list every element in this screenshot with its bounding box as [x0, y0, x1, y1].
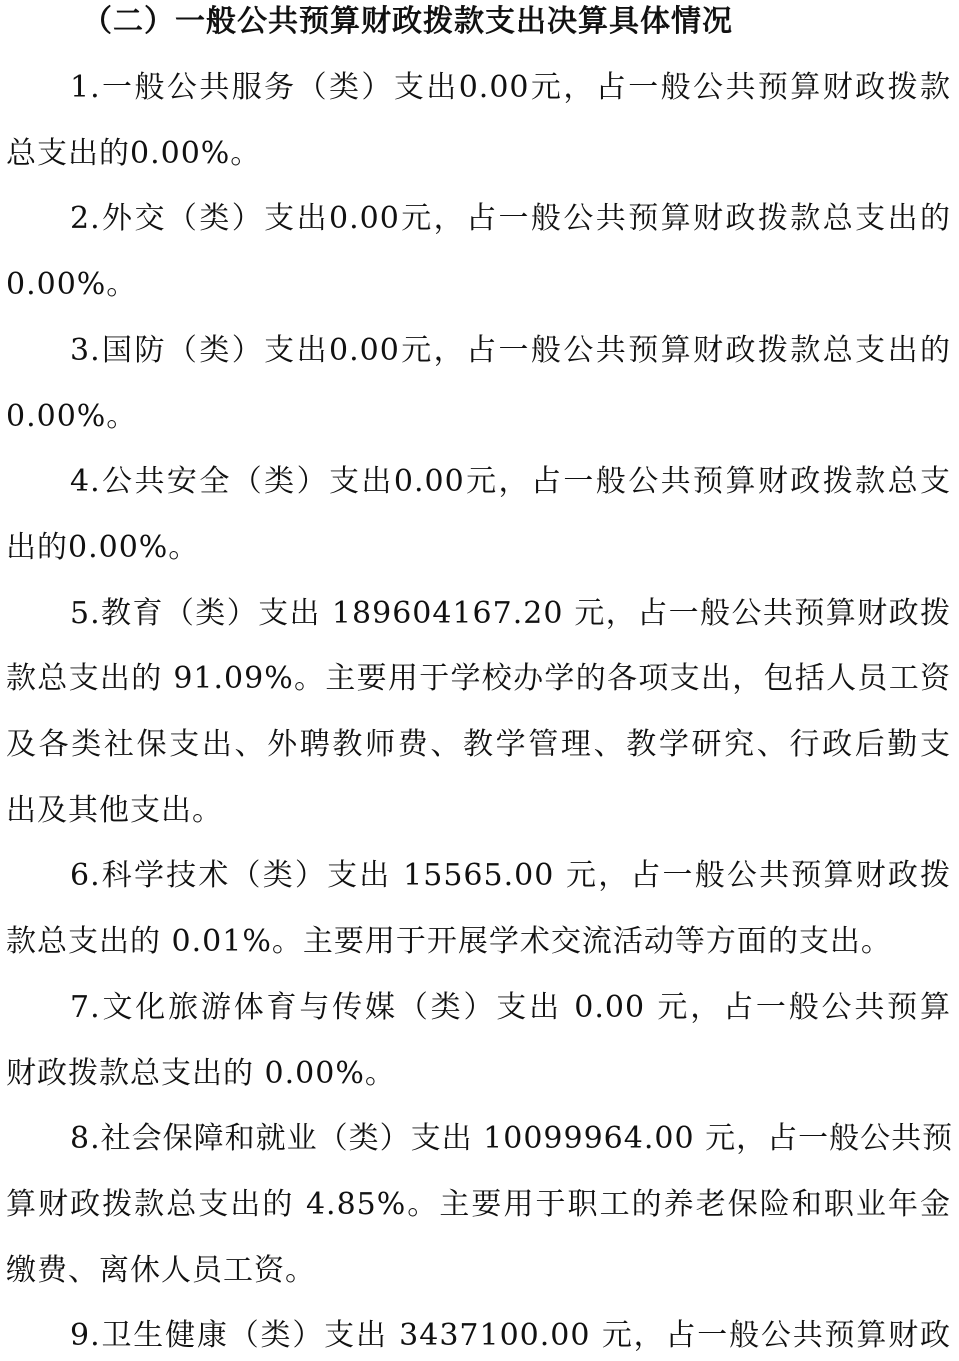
paragraph-line: 1.一般公共服务（类）支出0.00元，占一般公共预算财政拨款: [70, 68, 951, 108]
paragraph-line: 款总支出的 91.09%。主要用于学校办学的各项支出，包括人员工资: [6, 659, 951, 699]
paragraph-line: 总支出的0.00%。: [6, 134, 951, 174]
paragraph-line: 5.教育（类）支出 189604167.20 元，占一般公共预算财政拨: [70, 594, 951, 634]
paragraph-line: 财政拨款总支出的 0.00%。: [6, 1054, 951, 1094]
paragraph-line: 7.文化旅游体育与传媒（类）支出 0.00 元，占一般公共预算: [70, 988, 951, 1028]
paragraph-line: 6.科学技术（类）支出 15565.00 元，占一般公共预算财政拨: [70, 856, 951, 896]
paragraph-line: 8.社会保障和就业（类）支出 10099964.00 元，占一般公共预: [70, 1119, 951, 1159]
paragraph-line: 缴费、离休人员工资。: [6, 1251, 951, 1291]
paragraph-line: 款总支出的 0.01%。主要用于开展学术交流活动等方面的支出。: [6, 922, 951, 962]
paragraph-line: 3.国防（类）支出0.00元，占一般公共预算财政拨款总支出的: [70, 331, 951, 371]
paragraph-line: 2.外交（类）支出0.00元，占一般公共预算财政拨款总支出的: [70, 199, 951, 239]
paragraph-line: 算财政拨款总支出的 4.85%。主要用于职工的养老保险和职业年金: [6, 1185, 951, 1225]
paragraph-line: 及各类社保支出、外聘教师费、教学管理、教学研究、行政后勤支: [6, 725, 951, 765]
paragraph-line: 0.00%。: [6, 397, 951, 437]
paragraph-line: 4.公共安全（类）支出0.00元，占一般公共预算财政拨款总支: [70, 462, 951, 502]
paragraph-line: 9.卫生健康（类）支出 3437100.00 元，占一般公共预算财政: [70, 1316, 951, 1356]
section-heading: （二）一般公共预算财政拨款支出决算具体情况: [82, 2, 959, 42]
paragraph-line: 出及其他支出。: [6, 791, 951, 831]
paragraph-line: 0.00%。: [6, 265, 951, 305]
paragraph-line: 出的0.00%。: [6, 528, 951, 568]
